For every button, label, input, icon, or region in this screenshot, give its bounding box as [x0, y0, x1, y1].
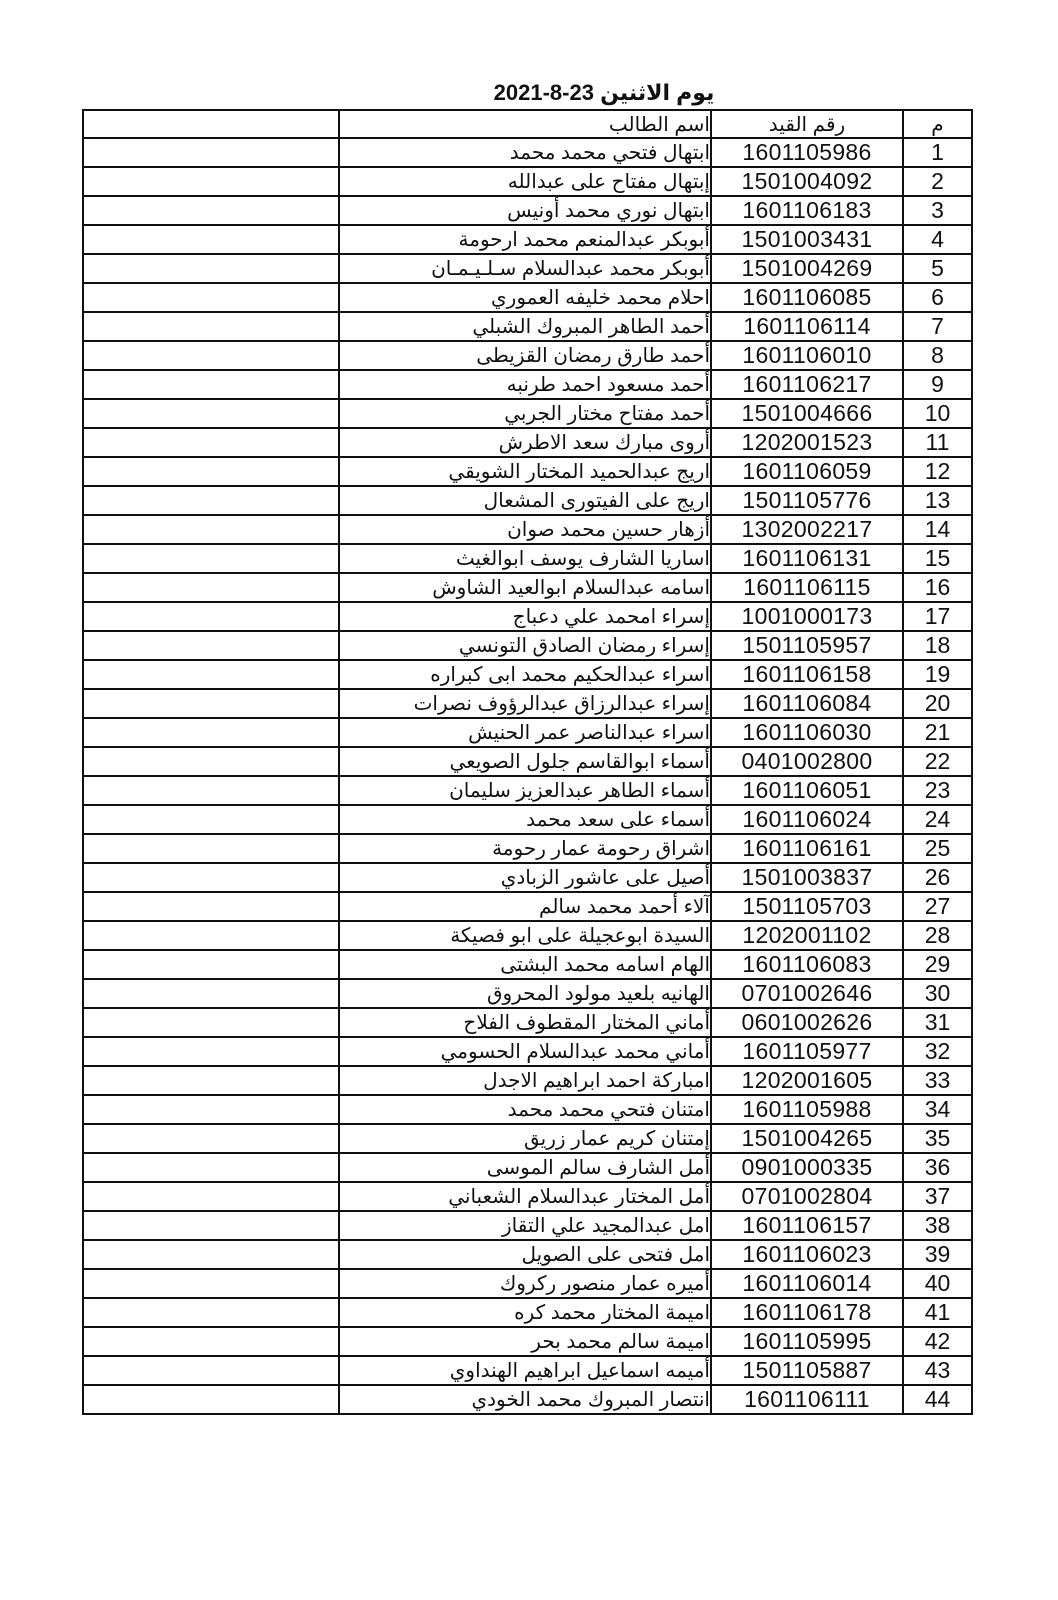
student-name: أمل الشارف سالم الموسى — [339, 1153, 711, 1182]
student-id: 1601105995 — [711, 1327, 903, 1356]
table-row: 121601106059اريج عبدالحميد المختار الشوي… — [83, 457, 972, 486]
row-index: 28 — [903, 921, 972, 950]
row-index: 42 — [903, 1327, 972, 1356]
student-id: 1601106024 — [711, 805, 903, 834]
blank-cell — [83, 1211, 339, 1240]
row-index: 38 — [903, 1211, 972, 1240]
blank-cell — [83, 776, 339, 805]
table-row: 91601106217أحمد مسعود احمد طرنبه — [83, 370, 972, 399]
student-id: 1302002217 — [711, 515, 903, 544]
table-row: 360901000335أمل الشارف سالم الموسى — [83, 1153, 972, 1182]
student-id: 1501003431 — [711, 225, 903, 254]
student-name: أزهار حسين محمد صوان — [339, 515, 711, 544]
blank-cell — [83, 254, 339, 283]
row-index: 15 — [903, 544, 972, 573]
row-index: 8 — [903, 341, 972, 370]
student-id: 1601106010 — [711, 341, 903, 370]
blank-cell — [83, 805, 339, 834]
student-name: الهانيه بلعيد مولود المحروق — [339, 979, 711, 1008]
blank-cell — [83, 631, 339, 660]
table-row: 201601106084إسراء عبدالرزاق عبدالرؤوف نص… — [83, 689, 972, 718]
row-index: 9 — [903, 370, 972, 399]
blank-cell — [83, 1095, 339, 1124]
table-row: 141302002217أزهار حسين محمد صوان — [83, 515, 972, 544]
table-row: 351501004265إمتنان كريم عمار زريق — [83, 1124, 972, 1153]
table-row: 300701002646الهانيه بلعيد مولود المحروق — [83, 979, 972, 1008]
student-name: اريج على الفيتورى المشعال — [339, 486, 711, 515]
student-name: أسماء على سعد محمد — [339, 805, 711, 834]
student-id: 1601106114 — [711, 312, 903, 341]
row-index: 21 — [903, 718, 972, 747]
student-name: انتصار المبروك محمد الخودي — [339, 1385, 711, 1414]
student-name: أحمد الطاهر المبروك الشبلي — [339, 312, 711, 341]
row-index: 30 — [903, 979, 972, 1008]
row-index: 31 — [903, 1008, 972, 1037]
row-index: 32 — [903, 1037, 972, 1066]
student-name: اساريا الشارف يوسف ابوالغيث — [339, 544, 711, 573]
student-id: 1601106083 — [711, 950, 903, 979]
student-name: اسراء عبدالحكيم محمد ابى كبراره — [339, 660, 711, 689]
table-row: 151601106131اساريا الشارف يوسف ابوالغيث — [83, 544, 972, 573]
header-index: م — [903, 110, 972, 138]
student-id: 1601106131 — [711, 544, 903, 573]
blank-cell — [83, 312, 339, 341]
student-id: 1501004666 — [711, 399, 903, 428]
table-row: 131501105776اريج على الفيتورى المشعال — [83, 486, 972, 515]
student-id: 1501004265 — [711, 1124, 903, 1153]
student-name: أبوبكر محمد عبدالسلام سـلـيـمـان — [339, 254, 711, 283]
student-id: 0901000335 — [711, 1153, 903, 1182]
table-row: 191601106158اسراء عبدالحكيم محمد ابى كبر… — [83, 660, 972, 689]
student-id: 1601106158 — [711, 660, 903, 689]
table-row: 61601106085احلام محمد خليفه العموري — [83, 283, 972, 312]
table-row: 181501105957إسراء رمضان الصادق التونسي — [83, 631, 972, 660]
row-index: 12 — [903, 457, 972, 486]
student-id: 1601106178 — [711, 1298, 903, 1327]
blank-cell — [83, 863, 339, 892]
blank-cell — [83, 1037, 339, 1066]
table-row: 21501004092إبتهال مفتاح على عبدالله — [83, 167, 972, 196]
student-name: إسراء عبدالرزاق عبدالرؤوف نصرات — [339, 689, 711, 718]
table-row: 421601105995اميمة سالم محمد بحر — [83, 1327, 972, 1356]
header-student-name: اسم الطالب — [339, 110, 711, 138]
student-id: 0701002646 — [711, 979, 903, 1008]
blank-cell — [83, 486, 339, 515]
student-name: ابتهال نوري محمد أونيس — [339, 196, 711, 225]
row-index: 33 — [903, 1066, 972, 1095]
student-id: 1601106217 — [711, 370, 903, 399]
student-id: 1501105776 — [711, 486, 903, 515]
table-row: 71601106114أحمد الطاهر المبروك الشبلي — [83, 312, 972, 341]
student-name: أسماء الطاهر عبدالعزيز سليمان — [339, 776, 711, 805]
student-id: 1601106030 — [711, 718, 903, 747]
student-name: أحمد مفتاح مختار الجربي — [339, 399, 711, 428]
student-name: اميمة المختار محمد كره — [339, 1298, 711, 1327]
student-id: 1601106014 — [711, 1269, 903, 1298]
row-index: 27 — [903, 892, 972, 921]
student-id: 1501004092 — [711, 167, 903, 196]
student-name: اميمة سالم محمد بحر — [339, 1327, 711, 1356]
student-name: امتنان فتحي محمد محمد — [339, 1095, 711, 1124]
row-index: 10 — [903, 399, 972, 428]
row-index: 3 — [903, 196, 972, 225]
student-name: امباركة احمد ابراهيم الاجدل — [339, 1066, 711, 1095]
student-name: الهام اسامه محمد البشتى — [339, 950, 711, 979]
blank-cell — [83, 1327, 339, 1356]
student-id: 0601002626 — [711, 1008, 903, 1037]
row-index: 2 — [903, 167, 972, 196]
table-row: 81601106010أحمد طارق رمضان القزيطى — [83, 341, 972, 370]
row-index: 23 — [903, 776, 972, 805]
table-header-row: م رقم القيد اسم الطالب — [83, 110, 972, 138]
blank-cell — [83, 196, 339, 225]
blank-cell — [83, 1153, 339, 1182]
table-row: 220401002800أسماء ابوالقاسم جلول الصويعي — [83, 747, 972, 776]
student-id: 1202001102 — [711, 921, 903, 950]
table-row: 271501105703آلاء أحمد محمد سالم — [83, 892, 972, 921]
table-row: 211601106030اسراء عبدالناصر عمر الحنيش — [83, 718, 972, 747]
table-row: 321601105977أماني محمد عبدالسلام الحسومي — [83, 1037, 972, 1066]
student-id: 1601106183 — [711, 196, 903, 225]
table-row: 310601002626أماني المختار المقطوف الفلاح — [83, 1008, 972, 1037]
row-index: 19 — [903, 660, 972, 689]
student-id: 1601106115 — [711, 573, 903, 602]
header-blank — [83, 110, 339, 138]
row-index: 44 — [903, 1385, 972, 1414]
row-index: 7 — [903, 312, 972, 341]
blank-cell — [83, 1066, 339, 1095]
row-index: 25 — [903, 834, 972, 863]
row-index: 1 — [903, 138, 972, 167]
student-id: 1601106051 — [711, 776, 903, 805]
student-id: 1501003837 — [711, 863, 903, 892]
student-name: أماني محمد عبدالسلام الحسومي — [339, 1037, 711, 1066]
blank-cell — [83, 1008, 339, 1037]
blank-cell — [83, 1182, 339, 1211]
blank-cell — [83, 834, 339, 863]
blank-cell — [83, 370, 339, 399]
table-row: 231601106051أسماء الطاهر عبدالعزيز سليما… — [83, 776, 972, 805]
header-student-id: رقم القيد — [711, 110, 903, 138]
student-name: اسامه عبدالسلام ابوالعيد الشاوش — [339, 573, 711, 602]
table-row: 281202001102السيدة ابوعجيلة على ابو فصيك… — [83, 921, 972, 950]
student-name: أحمد مسعود احمد طرنبه — [339, 370, 711, 399]
student-id: 1601106085 — [711, 283, 903, 312]
student-name: أميره عمار منصور ركروك — [339, 1269, 711, 1298]
row-index: 24 — [903, 805, 972, 834]
student-name: أبوبكر عبدالمنعم محمد ارحومة — [339, 225, 711, 254]
blank-cell — [83, 399, 339, 428]
row-index: 18 — [903, 631, 972, 660]
row-index: 36 — [903, 1153, 972, 1182]
student-id: 1202001523 — [711, 428, 903, 457]
row-index: 22 — [903, 747, 972, 776]
table-body: 11601105986ابتهال فتحي محمد محمد21501004… — [83, 138, 972, 1414]
table-row: 391601106023امل فتحى على الصويل — [83, 1240, 972, 1269]
table-row: 411601106178اميمة المختار محمد كره — [83, 1298, 972, 1327]
blank-cell — [83, 428, 339, 457]
row-index: 17 — [903, 602, 972, 631]
blank-cell — [83, 1269, 339, 1298]
row-index: 13 — [903, 486, 972, 515]
blank-cell — [83, 515, 339, 544]
row-index: 43 — [903, 1356, 972, 1385]
table-row: 381601106157امل عبدالمجيد علي التقاز — [83, 1211, 972, 1240]
blank-cell — [83, 1385, 339, 1414]
blank-cell — [83, 457, 339, 486]
student-id: 1601106023 — [711, 1240, 903, 1269]
table-row: 441601106111انتصار المبروك محمد الخودي — [83, 1385, 972, 1414]
blank-cell — [83, 138, 339, 167]
table-row: 251601106161اشراق رحومة عمار رحومة — [83, 834, 972, 863]
table-row: 370701002804أمل المختار عبدالسلام الشعبا… — [83, 1182, 972, 1211]
row-index: 37 — [903, 1182, 972, 1211]
student-roster-table: م رقم القيد اسم الطالب 11601105986ابتهال… — [82, 109, 973, 1415]
student-id: 1601106111 — [711, 1385, 903, 1414]
blank-cell — [83, 892, 339, 921]
student-id: 1501004269 — [711, 254, 903, 283]
row-index: 14 — [903, 515, 972, 544]
row-index: 26 — [903, 863, 972, 892]
student-name: اريج عبدالحميد المختار الشويقي — [339, 457, 711, 486]
row-index: 11 — [903, 428, 972, 457]
blank-cell — [83, 747, 339, 776]
blank-cell — [83, 1356, 339, 1385]
student-name: أماني المختار المقطوف الفلاح — [339, 1008, 711, 1037]
blank-cell — [83, 921, 339, 950]
student-id: 1501105957 — [711, 631, 903, 660]
student-id: 1601106084 — [711, 689, 903, 718]
student-id: 1501105703 — [711, 892, 903, 921]
student-name: أسماء ابوالقاسم جلول الصويعي — [339, 747, 711, 776]
blank-cell — [83, 283, 339, 312]
blank-cell — [83, 573, 339, 602]
table-row: 341601105988امتنان فتحي محمد محمد — [83, 1095, 972, 1124]
row-index: 16 — [903, 573, 972, 602]
student-name: اسراء عبدالناصر عمر الحنيش — [339, 718, 711, 747]
blank-cell — [83, 1240, 339, 1269]
student-id: 0701002804 — [711, 1182, 903, 1211]
row-index: 5 — [903, 254, 972, 283]
row-index: 41 — [903, 1298, 972, 1327]
table-row: 431501105887أميمه اسماعيل ابراهيم الهندا… — [83, 1356, 972, 1385]
table-row: 291601106083الهام اسامه محمد البشتى — [83, 950, 972, 979]
row-index: 34 — [903, 1095, 972, 1124]
row-index: 6 — [903, 283, 972, 312]
table-row: 31601106183ابتهال نوري محمد أونيس — [83, 196, 972, 225]
table-row: 111202001523أروى مبارك سعد الاطرش — [83, 428, 972, 457]
page-title: يوم الاثنين 23-8-2021 — [0, 79, 1058, 107]
student-name: أمل المختار عبدالسلام الشعباني — [339, 1182, 711, 1211]
student-id: 1601106059 — [711, 457, 903, 486]
student-name: ابتهال فتحي محمد محمد — [339, 138, 711, 167]
student-name: امل فتحى على الصويل — [339, 1240, 711, 1269]
student-id: 1601105977 — [711, 1037, 903, 1066]
blank-cell — [83, 660, 339, 689]
student-id: 1601105986 — [711, 138, 903, 167]
blank-cell — [83, 341, 339, 370]
table-row: 401601106014أميره عمار منصور ركروك — [83, 1269, 972, 1298]
student-name: السيدة ابوعجيلة على ابو فصيكة — [339, 921, 711, 950]
student-id: 1601105988 — [711, 1095, 903, 1124]
student-name: أحمد طارق رمضان القزيطى — [339, 341, 711, 370]
blank-cell — [83, 225, 339, 254]
table-row: 171001000173إسراء امحمد علي دعباج — [83, 602, 972, 631]
student-name: إمتنان كريم عمار زريق — [339, 1124, 711, 1153]
row-index: 20 — [903, 689, 972, 718]
row-index: 40 — [903, 1269, 972, 1298]
student-id: 1501105887 — [711, 1356, 903, 1385]
table-row: 261501003837أصيل على عاشور الزبادي — [83, 863, 972, 892]
blank-cell — [83, 1124, 339, 1153]
blank-cell — [83, 979, 339, 1008]
blank-cell — [83, 1298, 339, 1327]
student-name: اشراق رحومة عمار رحومة — [339, 834, 711, 863]
student-id: 0401002800 — [711, 747, 903, 776]
row-index: 4 — [903, 225, 972, 254]
student-name: إسراء امحمد علي دعباج — [339, 602, 711, 631]
row-index: 29 — [903, 950, 972, 979]
blank-cell — [83, 544, 339, 573]
student-name: أروى مبارك سعد الاطرش — [339, 428, 711, 457]
table-row: 161601106115اسامه عبدالسلام ابوالعيد الش… — [83, 573, 972, 602]
table-row: 241601106024أسماء على سعد محمد — [83, 805, 972, 834]
student-name: إبتهال مفتاح على عبدالله — [339, 167, 711, 196]
student-name: احلام محمد خليفه العموري — [339, 283, 711, 312]
student-name: آلاء أحمد محمد سالم — [339, 892, 711, 921]
row-index: 39 — [903, 1240, 972, 1269]
student-id: 1601106161 — [711, 834, 903, 863]
table-row: 331202001605امباركة احمد ابراهيم الاجدل — [83, 1066, 972, 1095]
blank-cell — [83, 689, 339, 718]
student-id: 1202001605 — [711, 1066, 903, 1095]
blank-cell — [83, 718, 339, 747]
blank-cell — [83, 167, 339, 196]
table-row: 51501004269أبوبكر محمد عبدالسلام سـلـيـم… — [83, 254, 972, 283]
blank-cell — [83, 602, 339, 631]
student-name: إسراء رمضان الصادق التونسي — [339, 631, 711, 660]
blank-cell — [83, 950, 339, 979]
student-id: 1001000173 — [711, 602, 903, 631]
student-name: أميمه اسماعيل ابراهيم الهنداوي — [339, 1356, 711, 1385]
table-row: 41501003431أبوبكر عبدالمنعم محمد ارحومة — [83, 225, 972, 254]
table-row: 101501004666أحمد مفتاح مختار الجربي — [83, 399, 972, 428]
student-id: 1601106157 — [711, 1211, 903, 1240]
row-index: 35 — [903, 1124, 972, 1153]
student-name: امل عبدالمجيد علي التقاز — [339, 1211, 711, 1240]
student-name: أصيل على عاشور الزبادي — [339, 863, 711, 892]
table-row: 11601105986ابتهال فتحي محمد محمد — [83, 138, 972, 167]
